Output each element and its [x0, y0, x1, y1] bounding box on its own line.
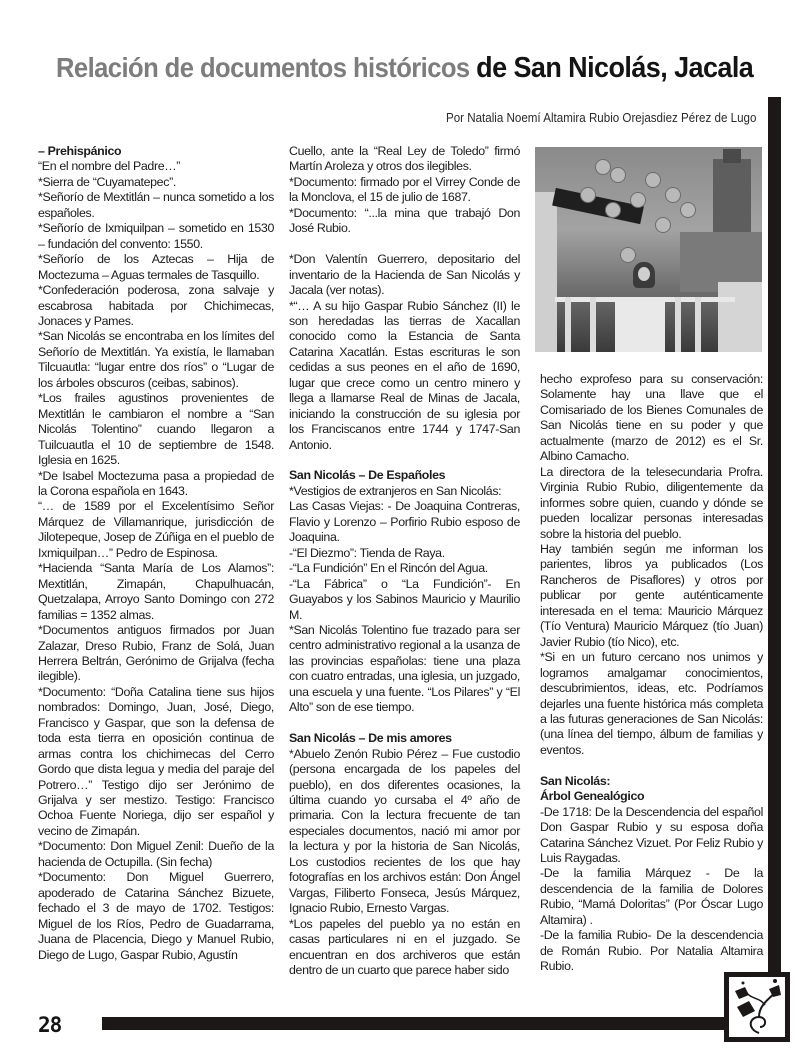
paragraph: hecho exprofeso para su conservación: So…: [540, 372, 763, 465]
paragraph: *Señorío de los Aztecas – Hija de Moctez…: [38, 252, 274, 283]
section-heading-san-nicolas: San Nicolás:: [540, 774, 763, 789]
article-title: Relación de documentos históricos de San…: [56, 52, 753, 85]
heart-balloon: [645, 172, 661, 188]
paragraph: *Documentos antiguos firmados por Juan Z…: [38, 623, 274, 685]
paragraph: *Confederación poderosa, zona salvaje y …: [38, 283, 274, 329]
paragraph: *Documento: Don Miguel Guerrero, apodera…: [38, 870, 274, 963]
paragraph: *Documento: “Doña Catalina tiene sus hij…: [38, 685, 274, 840]
article-photo: [535, 147, 762, 352]
paragraph: Hay también según me informan los parien…: [540, 542, 763, 650]
paragraph: *“… A su hijo Gaspar Rubio Sánchez (II) …: [289, 299, 520, 454]
paragraph: *Los frailes agustinos provenientes de M…: [38, 391, 274, 468]
paragraph: -“El Diezmo”: Tienda de Raya.: [289, 546, 520, 561]
heart-balloon: [655, 217, 671, 233]
section-heading-amores: San Nicolás – De mis amores: [289, 731, 520, 746]
paragraph: *San Nicolás Tolentino fue trazado para …: [289, 623, 520, 716]
paragraph: *Hacienda “Santa María de Los Alamos”: M…: [38, 561, 274, 623]
paragraph: *Vestigios de extranjeros en San Nicolás…: [289, 484, 520, 499]
floral-swirl-icon: [729, 977, 785, 1037]
heart-balloon: [595, 159, 611, 175]
paragraph: *Los papeles del pueblo ya no están en c…: [289, 917, 520, 979]
paragraph: Cuello, ante la “Real Ley de Toledo” fir…: [289, 144, 520, 175]
paragraph: -De la familia Márquez - De la descenden…: [540, 866, 763, 928]
paragraph: *San Nicolás se encontraba en los límite…: [38, 329, 274, 391]
page-number: 28: [38, 1013, 61, 1037]
right-border-bar: [768, 97, 781, 977]
section-heading-arbol-genealogico: Árbol Genealógico: [540, 789, 763, 804]
column-3: hecho exprofeso para su conservación: So…: [540, 372, 763, 975]
paragraph: -De la familia Rubio- De la descendencia…: [540, 928, 763, 974]
bottom-border-bar: [102, 1017, 727, 1030]
heart-balloon: [610, 167, 626, 183]
paragraph: *Don Valentín Guerrero, depositario del …: [289, 252, 520, 298]
paragraph: Las Casas Viejas: - De Joaquina Contrera…: [289, 499, 520, 545]
heart-balloon: [665, 187, 681, 203]
title-black-part: de San Nicolás, Jacala: [476, 52, 753, 84]
paragraph: *Si en un futuro cercano nos unimos y lo…: [540, 650, 763, 758]
paragraph: *De Isabel Moctezuma pasa a propiedad de…: [38, 469, 274, 500]
paragraph: *Abuelo Zenón Rubio Pérez – Fue custodio…: [289, 747, 520, 917]
section-heading-prehispanico: – Prehispánico: [38, 144, 274, 159]
paragraph: *Señorío de Ixmiquilpan – sometido en 15…: [38, 221, 274, 252]
paragraph: -De 1718: De la Descendencia del español…: [540, 805, 763, 867]
paragraph: *Sierra de “Cuyamatepec”.: [38, 175, 274, 190]
heart-balloon: [605, 202, 621, 218]
heart-balloon: [620, 247, 636, 263]
floral-ornament-box: [724, 972, 790, 1042]
paragraph: *Documento: “...la mina que trabajó Don …: [289, 206, 520, 237]
paragraph: *Señorío de Mextitlán – nunca sometido a…: [38, 190, 274, 221]
heart-balloon: [630, 192, 646, 208]
paragraph: -“La Fundición” En el Rincón del Agua.: [289, 561, 520, 576]
paragraph: “En el nombre del Padre…”: [38, 159, 274, 174]
column-1: – Prehispánico “En el nombre del Padre…”…: [38, 144, 274, 963]
paragraph: La directora de la telesecundaria Profra…: [540, 465, 763, 542]
railing: [555, 297, 735, 302]
heart-balloon: [680, 202, 696, 218]
paragraph: -“La Fábrica” o “La Fundición”- En Guaya…: [289, 577, 520, 623]
paragraph: *Documento: firmado por el Virrey Conde …: [289, 175, 520, 206]
heart-balloon: [580, 187, 596, 203]
byline: Por Natalia Noemí Altamira Rubio Orejasd…: [446, 111, 756, 125]
section-heading-espanoles: San Nicolás – De Españoles: [289, 468, 520, 483]
paragraph: *Documento: Don Miguel Zenil: Dueño de l…: [38, 839, 274, 870]
title-grey-part: Relación de documentos históricos: [56, 52, 470, 83]
column-2: Cuello, ante la “Real Ley de Toledo” fir…: [289, 144, 520, 978]
paragraph: “… de 1589 por el Excelentísimo Señor Má…: [38, 499, 274, 561]
